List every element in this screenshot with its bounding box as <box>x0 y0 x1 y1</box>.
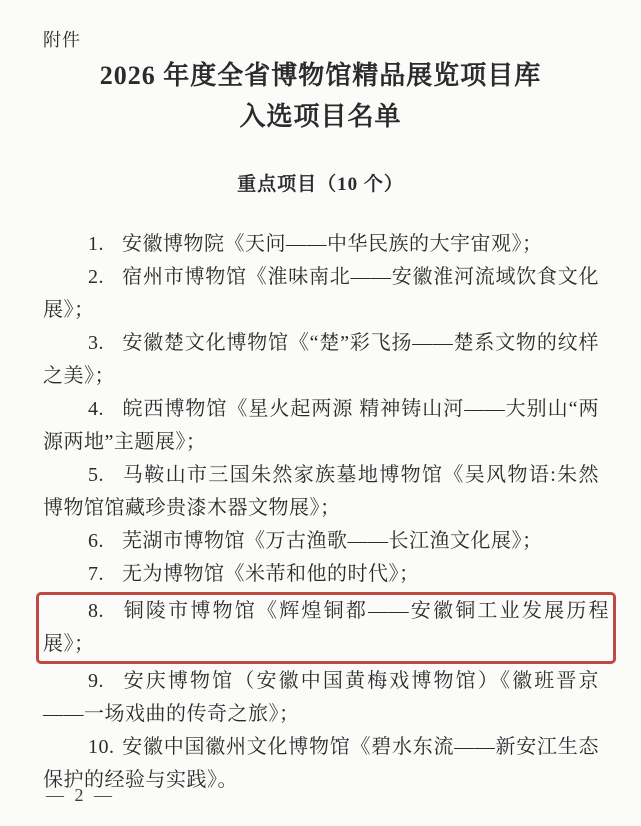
list-item-text: 安徽中国徽州文化博物馆《碧水东流——新安江生态保护的经验与实践》。 <box>43 736 599 791</box>
document-title-line1: 2026 年度全省博物馆精品展览项目库 <box>0 55 641 96</box>
document-title: 2026 年度全省博物馆精品展览项目库 入选项目名单 <box>0 55 641 137</box>
attachment-label: 附件 <box>43 26 81 52</box>
list-item: 2.宿州市博物馆《淮味南北——安徽淮河流域饮食文化展》； <box>43 261 599 327</box>
list-item-number: 9. <box>88 665 122 698</box>
list-item-number: 3. <box>88 327 122 360</box>
list-item-text: 芜湖市博物馆《万古渔歌——长江渔文化展》； <box>122 530 543 552</box>
list-item: 9.安庆博物馆（安徽中国黄梅戏博物馆）《徽班晋京——一场戏曲的传奇之旅》； <box>43 665 599 731</box>
list-item-text: 安徽楚文化博物馆《“楚”彩飞扬——楚系文物的纹样之美》； <box>43 332 599 387</box>
list-item-number: 2. <box>88 261 122 294</box>
list-item: 1.安徽博物院《天问——中华民族的大宇宙观》； <box>43 228 599 261</box>
list-item-number: 4. <box>88 393 122 426</box>
list-item-text: 安徽博物院《天问——中华民族的大宇宙观》； <box>122 233 543 255</box>
document-page: 附件 2026 年度全省博物馆精品展览项目库 入选项目名单 重点项目（10 个）… <box>0 0 641 826</box>
list-item: 6.芜湖市博物馆《万古渔歌——长江渔文化展》； <box>43 525 599 558</box>
list-item-text: 无为博物馆《米芾和他的时代》； <box>122 563 420 585</box>
page-number: — 2 — <box>46 785 115 806</box>
list-item-number: 5. <box>88 459 122 492</box>
list-item-text: 宿州市博物馆《淮味南北——安徽淮河流域饮食文化展》； <box>43 266 599 321</box>
list-item-number: 6. <box>88 525 122 558</box>
list-item-text: 皖西博物馆《星火起两源 精神铸山河——大别山“两源两地”主题展》； <box>43 398 599 453</box>
list-item-number: 8. <box>88 595 122 628</box>
list-item-number: 7. <box>88 558 122 591</box>
list-item-text: 马鞍山市三国朱然家族墓地博物馆《吴风物语:朱然博物馆馆藏珍贵漆木器文物展》； <box>43 464 599 519</box>
list-item-number: 10. <box>88 731 122 764</box>
list-item: 3.安徽楚文化博物馆《“楚”彩飞扬——楚系文物的纹样之美》； <box>43 327 599 393</box>
project-list: 1.安徽博物院《天问——中华民族的大宇宙观》； 2.宿州市博物馆《淮味南北——安… <box>43 228 599 797</box>
section-heading: 重点项目（10 个） <box>0 169 641 196</box>
list-item: 10.安徽中国徽州文化博物馆《碧水东流——新安江生态保护的经验与实践》。 <box>43 731 599 797</box>
list-item-text: 铜陵市博物馆《辉煌铜都——安徽铜工业发展历程展》； <box>43 600 609 655</box>
document-title-line2: 入选项目名单 <box>0 96 641 137</box>
list-item: 5.马鞍山市三国朱然家族墓地博物馆《吴风物语:朱然博物馆馆藏珍贵漆木器文物展》； <box>43 459 599 525</box>
list-item: 4.皖西博物馆《星火起两源 精神铸山河——大别山“两源两地”主题展》； <box>43 393 599 459</box>
list-item-highlighted: 8.铜陵市博物馆《辉煌铜都——安徽铜工业发展历程展》； <box>36 592 616 664</box>
list-item: 7.无为博物馆《米芾和他的时代》； <box>43 558 599 591</box>
list-item-text: 安庆博物馆（安徽中国黄梅戏博物馆）《徽班晋京——一场戏曲的传奇之旅》； <box>43 670 599 725</box>
list-item-number: 1. <box>88 228 122 261</box>
